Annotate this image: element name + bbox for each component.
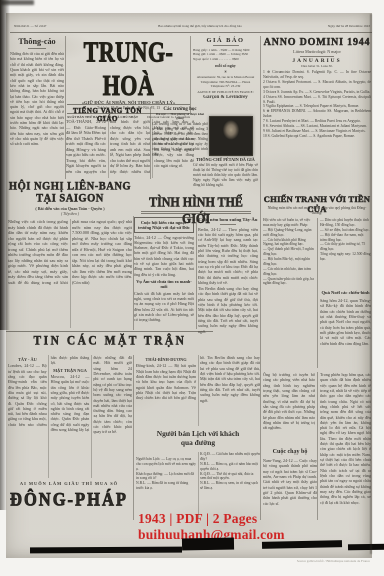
notices-column: Thông-cáo Những đơn từ của ai gửi đến nh… [10, 37, 64, 147]
warmoney-sub2: Quà Noël các chiến-binh [320, 290, 371, 295]
calendar-column: ANNO DOMINI 1944 Littera Martirologii: N… [263, 37, 371, 139]
world-col-left: Cuộc hội kiến của ngoại-trưởng Nhật với … [134, 217, 194, 323]
photo-caption: THỐNG-CHẾ PÉTAIN ĐÃ GIÀ [193, 157, 258, 162]
world-rule-a [141, 211, 251, 212]
world-sub2: Cuộc ném bom xuống Tây-Âu [198, 217, 258, 223]
warmoney-body2: Sáng hôm 24-12, quan Thống-sứ Bắc-kỳ đã … [320, 298, 371, 346]
ad-tagline: AI MUỐN LÀM GIẦU THÌ MUA SỐ [8, 481, 130, 486]
world-body2: Berlin, 24-12 — Theo phóng viên các báo … [198, 227, 258, 285]
rule-v6 [196, 217, 197, 329]
warmoney-col1: Hội viên các sở buôn ta, về việc mua máy… [263, 218, 315, 286]
dateline-right: Ngày thứ ba 28 Décembre 1943 [288, 24, 370, 28]
warmoney-intro: Những món tiền các nơi mới quyên giúp và… [263, 206, 371, 216]
calendar-body: 1 ⊕ Circumcisio Domini. S. Fulgentii Ep.… [263, 70, 371, 138]
world-sub3: Vụ Ám-sát chưa tìm ra manh-mối [134, 279, 194, 290]
calendar-note: Dies habet 31. Luna 30. [263, 64, 371, 68]
price-agency: AGENCE DE PUBLICITÉ EN FRANCE: [193, 90, 258, 94]
dateline-left: Năm thứ 21 — Số 2.647 [14, 24, 106, 28]
federal-heading-2: TẠI SAIGON [8, 193, 132, 205]
newspaper-scan-page: Năm thứ 21 — Số 2.647 Bao nhiêu sự biết … [0, 0, 384, 576]
religion-body: TOÀ-THÁNH, 24-12 — Đức Giáo-Hoàng đã làm… [66, 119, 150, 178]
notices-title: Thông-cáo [10, 37, 64, 46]
calendar-rule-a [300, 56, 334, 57]
notices-title-rule [28, 48, 46, 49]
price-agency-name: Garçon & Levindrey [193, 95, 258, 100]
price-contact: Abonnements: 59, rue de la Mission Bossu… [193, 75, 258, 88]
race-heading: Cuộc chạy bộ [263, 449, 317, 455]
world-rule-b [141, 213, 251, 214]
rule-v2 [190, 36, 191, 114]
race-body: Nam-Vang, 24-12 — Cuộc chạy bộ vòng quan… [263, 458, 317, 518]
calendar-title: ANNO DOMINI 1944 [263, 37, 371, 48]
scan-strip-2 [182, 538, 234, 551]
dialogue-text: Người bán Lịch: — Lạy cụ ạ, cụ mua cho c… [136, 452, 260, 490]
rule-v4 [150, 107, 151, 179]
warmoney-extra1: Ông bộ trưởng có tuyên bố cùng các phóng… [263, 372, 315, 446]
federal-text: Những việc cải cách trong guồng máy hành… [8, 219, 132, 285]
petain-photo [209, 116, 253, 156]
world-sub1-box: Cuộc hội kiến của ngoại-trưởng Nhật với … [134, 217, 194, 233]
watermark-line1: 1943 | PDF | 2 Pages [138, 511, 257, 527]
schools-box: Các trường học Hà-nội — Hải-phòng sẽ đượ… [152, 107, 208, 157]
dateline-center: Bao nhiêu sự biết trong thế giới, bấy nh… [118, 24, 282, 28]
warmoney-col2: — Dân các phủ huyện thuộc tỉnh Hà-đông, … [320, 218, 371, 262]
fronts-block-b: THÁI-BÌNH-DƯƠNG Đông-kinh, 24-12 — Bộ hả… [136, 355, 260, 426]
notices-body: Những đơn từ của ai gửi đến nhà báo mà k… [10, 51, 64, 147]
schools-body: Các trường công tư ở hai thành phố sẽ kh… [152, 122, 208, 156]
price-rule1 [213, 45, 239, 46]
rule-v9 [133, 355, 134, 520]
calendar-subtitle: Littera Martirologii: N major [263, 49, 371, 54]
right-col-lower-b: Theo tin điện mới nhận được thì quân đội… [320, 436, 371, 505]
scan-strip-4 [348, 544, 384, 551]
federal-cont: ( Tiếp theo ) [8, 212, 132, 217]
world-body1: Tokio, 24-12 — Ông ngoại-trưởng Shigemit… [134, 235, 194, 278]
price-star: ✳ [193, 69, 258, 74]
fronts-top-rule [6, 331, 213, 332]
fronts-heading: TIN CÁC MẶT TRẬN [30, 335, 190, 348]
fronts-sec0-head: TÂY - ÂU [8, 357, 47, 362]
price-title: GIÁ BÁO [193, 37, 258, 44]
world-sub1: Cuộc hội kiến của ngoại-trưởng Nhật với … [136, 220, 192, 231]
rule-v8 [317, 372, 318, 520]
world-body2b: Tin Berlin đánh sang cho hay rằng các đạ… [198, 286, 258, 334]
masthead-title: TRUNG-HOÀ [67, 36, 190, 103]
federal-body: Những việc cải cách trong guồng máy hành… [8, 219, 132, 328]
photo-body: Cứ như lời mấy người mới ở bên Pháp về t… [193, 163, 258, 187]
fronts-extra: Hồi mười giờ sáng hôm 24 Décembre, nhiều… [93, 360, 132, 434]
ad-brand: ĐÔNG-PHÁP [8, 488, 130, 512]
fronts-sec1-head: MẶT TRẬN NGA [51, 368, 90, 373]
scan-edge-left-dark [0, 0, 10, 330]
fronts-sec2-head: THÁI-BÌNH-DƯƠNG [136, 357, 196, 362]
source-note: Source gallica.bnf.fr / Bibliothèque nat… [258, 559, 370, 563]
rule-v7 [317, 218, 318, 368]
right-col-lower-a: Trong phiên họp hôm qua, các quan chức đ… [320, 372, 371, 441]
masthead-bottom-rule [67, 104, 190, 105]
world-sub2-rule [220, 224, 236, 225]
scan-strip-1 [30, 547, 182, 554]
federal-heading-1: HỘI NGHỊ LIÊN-BANG [8, 181, 132, 193]
fronts-extra2: Tin Berlin đánh sang cho hay rằng các đạ… [200, 355, 260, 403]
scan-edge-left-fade [0, 330, 7, 510]
scan-smudge-top [0, 0, 34, 5]
dateline-rule [10, 32, 372, 33]
scan-edge-right-shadow [370, 14, 372, 554]
price-box: GIÁ BÁO Hàng giấy: 1 năm . . 5$00 — 6 th… [193, 37, 258, 100]
federal-sub: ( Bài diễn văn của Quan Toàn - Quyền ) [8, 206, 132, 211]
world-body3: Cảnh sát đã bắt giam mấy kẻ tình nghi, s… [134, 291, 194, 323]
schools-sub: Hà-nội — Hải-phòng sẽ được khai giảng [152, 112, 208, 121]
fronts-block-a: TÂY - ÂU Londres, 24-12 — Bộ tư lệnh tối… [8, 355, 132, 478]
right-col-lower: Trong phiên họp hôm qua, các quan chức đ… [320, 372, 371, 520]
world-col-right: Cuộc ném bom xuống Tây-Âu Berlin, 24-12 … [198, 217, 258, 334]
price-rows: Hàng giấy: 1 năm . . 5$00 — 6 tháng 3$00… [193, 48, 258, 61]
rule-v3 [260, 36, 261, 520]
price-per-issue: mỗi số ngày [193, 63, 258, 68]
dialogue-body: Người bán Lịch: — Lạy cụ ạ, cụ mua cho c… [136, 452, 260, 518]
dialogue-heading: Người bán Lịch với khách qua đường [136, 430, 260, 448]
